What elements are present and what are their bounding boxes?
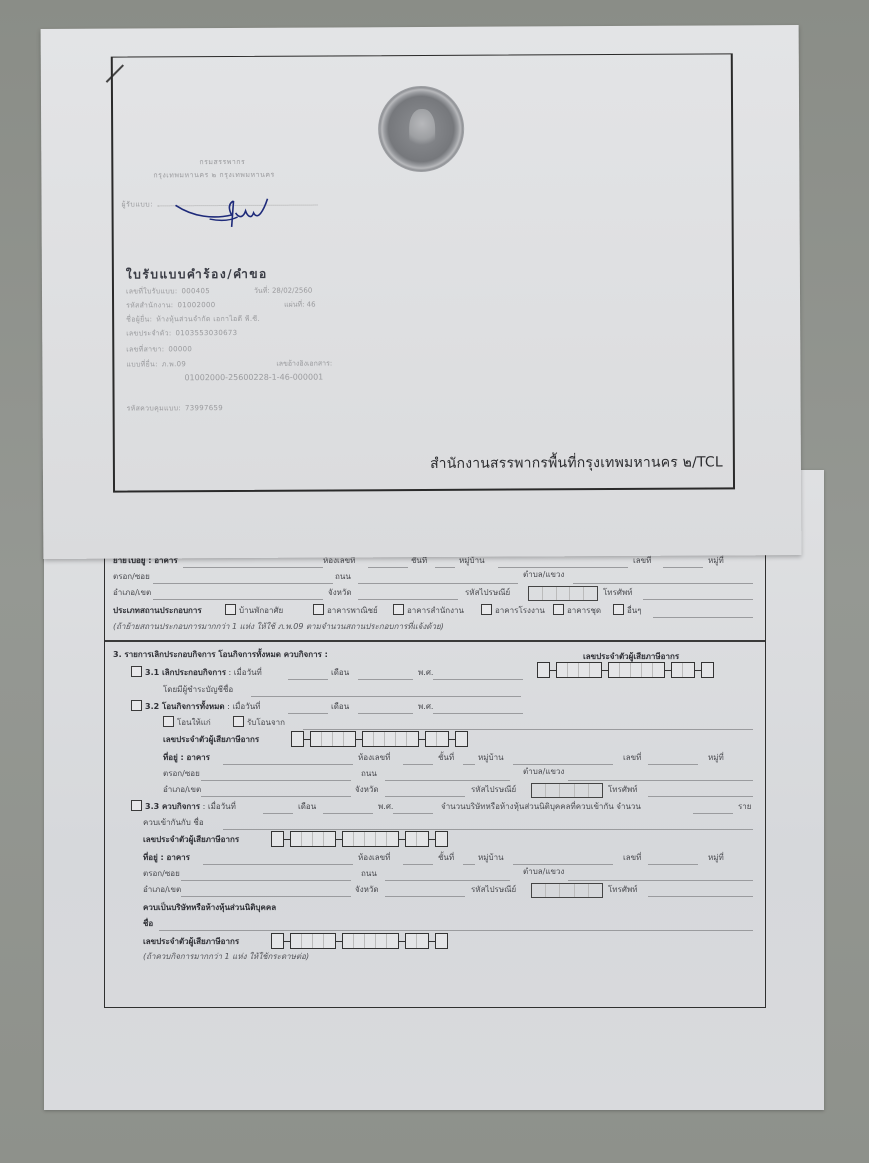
department-line-2: กรุงเทพมหานคร ๒ กรุงเทพมหานคร: [153, 170, 274, 182]
receipt-field: เลขที่ใบรับแบบ:000405: [126, 286, 210, 297]
s32-transfer-row: โอนให้แก่ รับโอนจาก: [113, 716, 757, 732]
reference-label: เลขอ้างอิงเอกสาร:: [276, 358, 332, 369]
place-type-option-3[interactable]: อาคารสำนักงาน: [393, 604, 464, 617]
s31-month-label: เดือน: [331, 666, 349, 679]
control-number: รหัสควบคุมแบบ:73997659: [127, 403, 223, 415]
floor-label: ชั้นที่: [438, 751, 454, 764]
s32-transfer-to[interactable]: โอนให้แก่: [163, 716, 211, 729]
s32-address-row-1: ที่อยู่ : อาคาร ห้องเลขที่ ชั้นที่ หมู่บ…: [113, 751, 757, 767]
s31-row: 3.1 เลิกประกอบกิจการ : เมื่อวันที่ เดือน…: [113, 666, 757, 682]
subdistrict-label: ตำบล/แขวง: [523, 765, 564, 780]
s33-new-taxid-row: เลขประจำตัวผู้เสียภาษีอากร: [113, 935, 757, 951]
road-label: ถนน: [335, 570, 351, 583]
receipt-field: ชื่อผู้ยื่น:ห้างหุ้นส่วนจำกัด เอกาไอดี พ…: [126, 314, 260, 326]
office-name: สำนักงานสรรพากรพื้นที่กรุงเทพมหานคร ๒/TC…: [430, 451, 723, 475]
receipt-paper: กรมสรรพากร กรุงเทพมหานคร ๒ กรุงเทพมหานคร…: [41, 25, 802, 559]
room-label: ห้องเลขที่: [358, 851, 390, 864]
s33-merge-with-row: ควบเข้ากันกับ ชื่อ: [113, 816, 757, 832]
signature-icon: [174, 197, 284, 238]
s32-taxid-label: เลขประจำตัวผู้เสียภาษีอากร: [163, 733, 259, 746]
s33-taxid-label: เลขประจำตัวผู้เสียภาษีอากร: [143, 833, 239, 846]
department-line-1: กรมสรรพากร: [199, 157, 245, 168]
s31-option[interactable]: 3.1 เลิกประกอบกิจการ : เมื่อวันที่: [131, 666, 262, 679]
district-label: อำเภอ/เขต: [163, 783, 201, 796]
province-label: จังหวัด: [355, 883, 379, 896]
s32-row: 3.2 โอนกิจการทั้งหมด : เมื่อวันที่ เดือน…: [113, 700, 757, 716]
postcode-boxes[interactable]: [531, 883, 603, 898]
s32-address-row-2: ตรอก/ซอย ถนน ตำบล/แขวง: [113, 767, 757, 783]
place-type-label: ประเภทสถานประกอบการ: [113, 604, 202, 617]
postcode-boxes[interactable]: [528, 586, 598, 601]
s31-liquidator-row: โดยมีผู้ชำระบัญชีชื่อ: [113, 683, 757, 699]
s33-name-label: ชื่อ: [143, 917, 153, 930]
place-type-option-4[interactable]: อาคารโรงงาน: [481, 604, 545, 617]
s33-footnote-row: (ถ้าควบกิจการมากกว่า 1 แห่ง ให้ใช้กระดาษ…: [113, 950, 757, 966]
checkbox[interactable]: [131, 700, 142, 711]
phone-label: โทรศัพท์: [608, 783, 638, 796]
checkbox[interactable]: [393, 604, 404, 615]
s33-taxid-boxes[interactable]: [271, 831, 448, 847]
checkbox[interactable]: [163, 716, 174, 727]
place-type-option-6[interactable]: อื่นๆ: [613, 604, 642, 617]
place-type-option-1[interactable]: บ้านพักอาศัย: [225, 604, 283, 617]
s33-address-row-3: อำเภอ/เขต จังหวัด รหัสไปรษณีย์ โทรศัพท์: [113, 883, 757, 899]
place-type-option-2[interactable]: อาคารพาณิชย์: [313, 604, 378, 617]
receipt-title: ใบรับแบบคำร้อง/คำขอ: [126, 265, 268, 285]
s31-liquidator-label: โดยมีผู้ชำระบัญชีชื่อ: [163, 683, 233, 696]
place-type-note: (ถ้าย้ายสถานประกอบการมากกว่า 1 แห่ง ให้ใ…: [113, 620, 444, 633]
s33-unit: ราย: [738, 800, 751, 813]
moo-label: หมู่ที่: [708, 751, 724, 764]
phone-label: โทรศัพท์: [608, 883, 638, 896]
number-label: เลขที่: [623, 751, 641, 764]
s33-address-row-2: ตรอก/ซอย ถนน ตำบล/แขวง: [113, 867, 757, 883]
district-label: อำเภอ/เขต: [113, 586, 151, 599]
road-label: ถนน: [361, 867, 377, 880]
checkbox[interactable]: [481, 604, 492, 615]
checkbox[interactable]: [225, 604, 236, 615]
section3-title: 3. รายการเลิกประกอบกิจการ โอนกิจการทั้งห…: [113, 648, 328, 661]
s33-new-entity-label: ควบเป็นบริษัทหรือห้างหุ้นส่วนนิติบุคคล: [143, 901, 276, 914]
place-type-option-5[interactable]: อาคารชุด: [553, 604, 601, 617]
moo-label: หมู่ที่: [708, 554, 724, 567]
postcode-label: รหัสไปรษณีย์: [471, 883, 516, 896]
s31-year-label: พ.ศ.: [418, 666, 433, 679]
s32-taxid-boxes[interactable]: [291, 731, 468, 747]
checkbox[interactable]: [553, 604, 564, 615]
checkbox[interactable]: [613, 604, 624, 615]
s31-taxid-boxes[interactable]: [537, 662, 714, 678]
checkbox[interactable]: [131, 800, 142, 811]
checkbox[interactable]: [131, 666, 142, 677]
phone-label: โทรศัพท์: [603, 586, 633, 599]
subdistrict-label: ตำบล/แขวง: [523, 865, 564, 880]
receipt-frame: กรมสรรพากร กรุงเทพมหานคร ๒ กรุงเทพมหานคร…: [111, 53, 735, 492]
receipt-field: เลขประจำตัว:0103553030673: [126, 328, 237, 340]
postcode-label: รหัสไปรษณีย์: [465, 586, 510, 599]
place-type-row: ประเภทสถานประกอบการ บ้านพักอาศัย อาคารพา…: [113, 604, 757, 620]
receipt-date: วันที่: 28/02/2560: [254, 286, 312, 297]
s32-option[interactable]: 3.2 โอนกิจการทั้งหมด : เมื่อวันที่: [131, 700, 260, 713]
village-label: หมู่บ้าน: [478, 751, 504, 764]
revenue-department-seal-icon: [378, 86, 464, 172]
s33-month-label: เดือน: [298, 800, 316, 813]
section-divider: [105, 640, 765, 642]
receipt-page: แผ่นที่: 46: [284, 300, 316, 311]
postcode-label: รหัสไปรษณีย์: [471, 783, 516, 796]
district-label: อำเภอ/เขต: [143, 883, 181, 896]
s33-option[interactable]: 3.3 ควบกิจการ : เมื่อวันที่: [131, 800, 236, 813]
receipt-field: เลขที่สาขา:00000: [126, 344, 192, 355]
s33-row: 3.3 ควบกิจการ : เมื่อวันที่ เดือน พ.ศ. จ…: [113, 800, 757, 816]
subdistrict-label: ตำบล/แขวง: [523, 568, 564, 583]
place-type-note-row: (ถ้าย้ายสถานประกอบการมากกว่า 1 แห่ง ให้ใ…: [113, 620, 757, 636]
s32-month-label: เดือน: [331, 700, 349, 713]
moo-label: หมู่ที่: [708, 851, 724, 864]
s33-year-label: พ.ศ.: [378, 800, 393, 813]
number-label: เลขที่: [633, 554, 651, 567]
soi-label: ตรอก/ซอย: [143, 867, 180, 880]
soi-label: ตรอก/ซอย: [113, 570, 150, 583]
s32-year-label: พ.ศ.: [418, 700, 433, 713]
s32-receive-from[interactable]: รับโอนจาก: [233, 716, 285, 729]
move-to-row-3: อำเภอ/เขต จังหวัด รหัสไปรษณีย์ โทรศัพท์: [113, 586, 757, 602]
floor-label: ชั้นที่: [438, 851, 454, 864]
form-frame: ย้ายไปอยู่ : อาคาร ห้องเลขที่ ชั้นที่ หม…: [104, 550, 766, 1008]
s33-name-row: ชื่อ: [113, 917, 757, 933]
s33-new-entity-row: ควบเป็นบริษัทหรือห้างหุ้นส่วนนิติบุคคล: [113, 901, 757, 917]
s33-count-text: จำนวนบริษัทหรือห้างหุ้นส่วนนิติบุคคลที่ค…: [441, 800, 641, 813]
taxid-header: เลขประจำตัวผู้เสียภาษีอากร: [583, 650, 679, 661]
receipt-field: รหัสสำนักงาน:01002000: [126, 300, 215, 311]
s33-address-label: ที่อยู่ : อาคาร: [143, 853, 190, 862]
postcode-boxes[interactable]: [531, 783, 603, 798]
road-label: ถนน: [361, 767, 377, 780]
s33-merge-with-label: ควบเข้ากันกับ ชื่อ: [143, 816, 204, 829]
checkbox[interactable]: [233, 716, 244, 727]
soi-label: ตรอก/ซอย: [163, 767, 200, 780]
s33-address-row-1: ที่อยู่ : อาคาร ห้องเลขที่ ชั้นที่ หมู่บ…: [113, 851, 757, 867]
s32-address-label: ที่อยู่ : อาคาร: [163, 753, 210, 762]
number-label: เลขที่: [623, 851, 641, 864]
receipt-field: แบบที่ยื่น:ภ.พ.09: [126, 359, 186, 370]
village-label: หมู่บ้าน: [478, 851, 504, 864]
reference-value: 01002000-25600228-1-46-000001: [184, 373, 323, 383]
province-label: จังหวัด: [328, 586, 352, 599]
s32-address-row-3: อำเภอ/เขต จังหวัด รหัสไปรษณีย์ โทรศัพท์: [113, 783, 757, 799]
s33-footnote: (ถ้าควบกิจการมากกว่า 1 แห่ง ให้ใช้กระดาษ…: [143, 950, 309, 963]
checkbox[interactable]: [313, 604, 324, 615]
s32-taxid-row: เลขประจำตัวผู้เสียภาษีอากร: [113, 733, 757, 749]
province-label: จังหวัด: [355, 783, 379, 796]
s33-new-taxid-boxes[interactable]: [271, 933, 448, 949]
s33-taxid-row: เลขประจำตัวผู้เสียภาษีอากร: [113, 833, 757, 849]
move-to-row-2: ตรอก/ซอย ถนน ตำบล/แขวง: [113, 570, 757, 586]
room-label: ห้องเลขที่: [358, 751, 390, 764]
form-paper: ย้ายไปอยู่ : อาคาร ห้องเลขที่ ชั้นที่ หม…: [44, 470, 824, 1110]
s33-new-taxid-label: เลขประจำตัวผู้เสียภาษีอากร: [143, 935, 239, 948]
